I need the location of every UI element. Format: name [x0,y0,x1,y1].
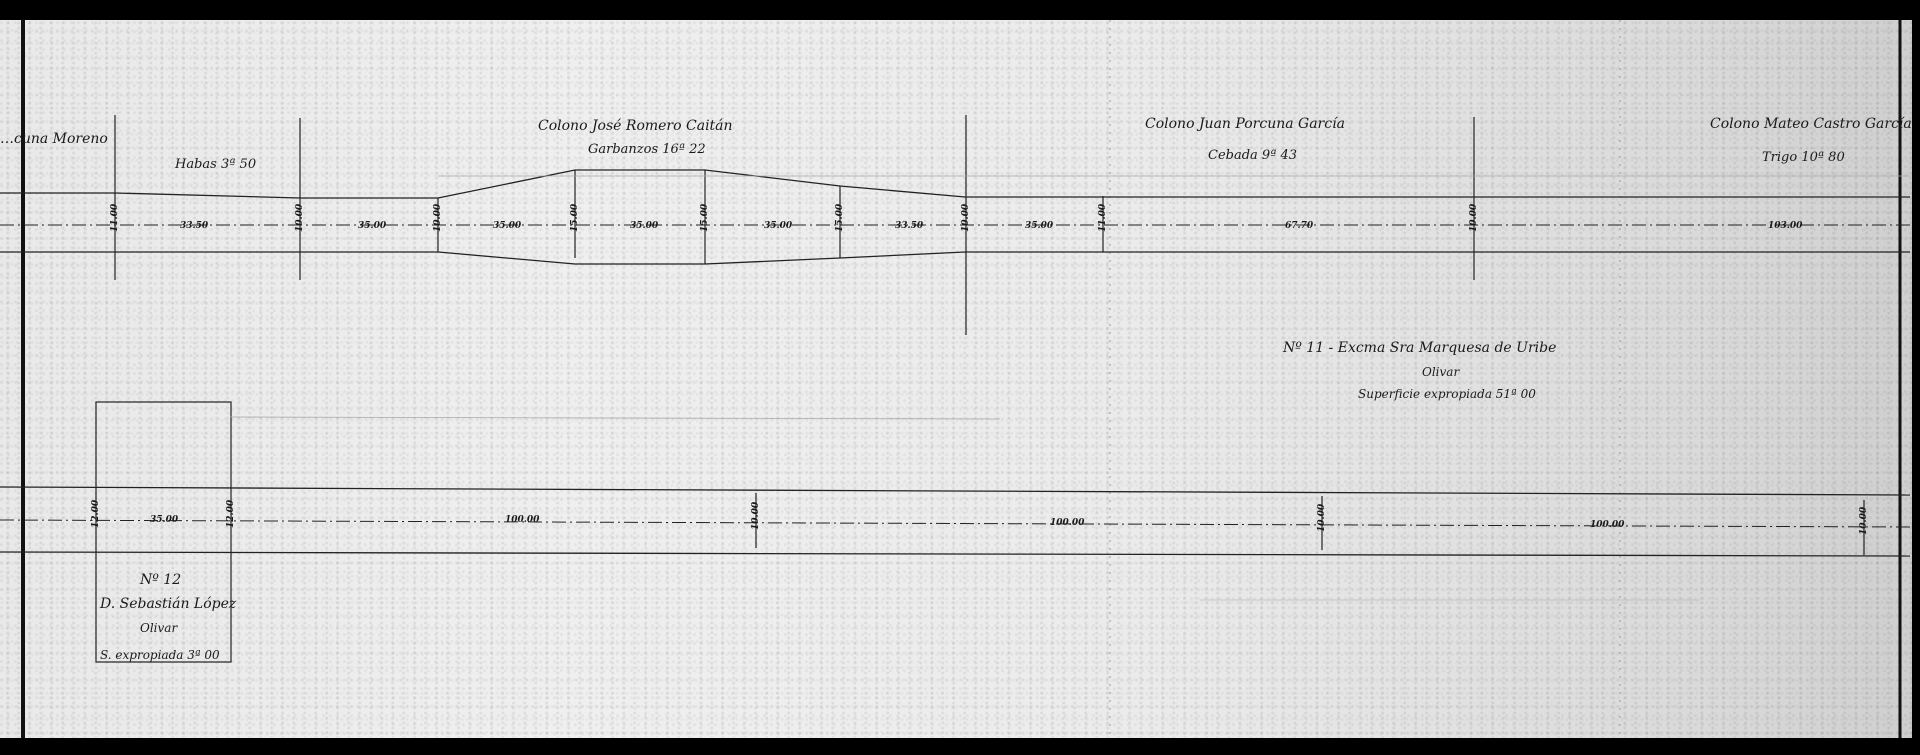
length-dim: 100.00 [1590,520,1625,530]
width-dim: 10.00 [295,203,305,232]
parcel-number: Nº 12 [139,572,181,588]
width-dim: 15.00 [700,203,710,232]
width-dim: 10.00 [1469,203,1479,232]
length-dim: 35.00 [630,221,659,231]
lower-road-strip [0,402,1910,662]
length-dim: 35.00 [493,221,522,231]
parcel-title: Nº 11 - Excma Sra Marquesa de Uribe [1282,340,1556,356]
width-dim: 12.00 [226,499,236,528]
width-dim: 10.00 [751,501,761,530]
owner-label: Colono Juan Porcuna García [1145,116,1345,132]
width-dim: 10.00 [433,203,443,232]
length-dim: 100.00 [1050,518,1085,528]
width-dim: 12.00 [91,499,101,528]
plan-drawing: …cuna Moreno Habas 3ª 50 Colono José Rom… [0,0,1920,755]
upper-road-strip [0,115,1910,335]
length-dim: 67.70 [1285,221,1314,231]
area-label: S. expropiada 3ª 00 [100,648,220,662]
owner-label: D. Sebastián López [99,596,237,612]
width-dim: 10.00 [1859,506,1869,535]
width-dim: 11.00 [1098,203,1108,232]
crop-label: Trigo 10ª 80 [1762,150,1845,165]
length-dim: 35.00 [358,221,387,231]
width-dim: 15.00 [570,203,580,232]
length-dim: 100.00 [505,515,540,525]
length-dim: 103.00 [1768,221,1803,231]
width-dims: 11.00 10.00 10.00 15.00 15.00 15.00 10.0… [110,203,1479,232]
width-dim: 10.00 [1317,503,1327,532]
length-dim: 35.00 [764,221,793,231]
owner-label: …cuna Moreno [0,131,108,147]
crop-label: Olivar [140,621,178,635]
width-dim: 10.00 [961,203,971,232]
crop-label: Olivar [1422,365,1460,379]
width-dim: 11.00 [110,203,120,232]
length-dim: 33.50 [180,221,209,231]
crop-label: Habas 3ª 50 [174,157,256,172]
crop-label: Garbanzos 16ª 22 [588,142,706,157]
length-dim: 35.00 [150,515,179,525]
length-dim: 33.50 [895,221,924,231]
owner-label: Colono Mateo Castro García [1710,116,1912,132]
area-label: Superficie expropiada 51ª 00 [1358,387,1536,401]
owner-label: Colono José Romero Caitán [538,118,733,134]
width-dim: 15.00 [835,203,845,232]
crop-label: Cebada 9ª 43 [1208,148,1297,163]
scanned-plan: …cuna Moreno Habas 3ª 50 Colono José Rom… [0,0,1920,755]
length-dim: 35.00 [1025,221,1054,231]
